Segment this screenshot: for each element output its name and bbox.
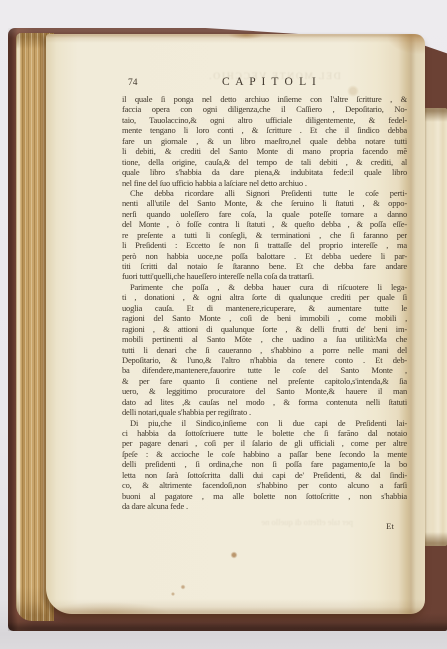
text-line: tione, della origine, cauſa,& del tempo … (122, 157, 407, 167)
catchword-row: Et (122, 516, 407, 534)
text-line: uero, & leggitimo procuratore del Santo … (122, 386, 407, 396)
text-line: Di piu,che il Sindico,inſieme con li due… (122, 418, 407, 428)
text-line: nerſi quando uoleſſero fare coſa, la qua… (122, 209, 407, 219)
running-title: C A P I T O L I (222, 76, 317, 88)
text-line: titi ſcritti dal notaio ſe ſtaranno bene… (122, 261, 407, 271)
text-line: ci habbia da ſottoſcriuere tutte le bole… (122, 428, 407, 438)
text-line: il quale ſi ponga nel detto archiuo inſi… (122, 94, 407, 104)
text-line: li Preſidenti : Eccetto ſe non ſi tratta… (122, 240, 407, 250)
text-line: quale libro s'habbia da dare piena,& ind… (122, 167, 407, 177)
text-line: Depoſitario, & l'uno,& l'altro n'habbia … (122, 355, 407, 365)
text-line: però non habbia uoce,ne poſſa balottare … (122, 251, 407, 261)
text-line: dato ad lites ,& cauſas nel modo , & for… (122, 397, 407, 407)
book: DEL MONTE VECCHIO. 74 C A P I T O L I il… (8, 28, 447, 631)
photo-backdrop: DEL MONTE VECCHIO. 74 C A P I T O L I il… (0, 0, 447, 649)
text-line: buoni al pagatore , ma alle bolette non … (122, 491, 407, 501)
catchword: Et (386, 521, 407, 531)
text-line: mobili pertinenti al Santo Mōte , che ua… (122, 334, 407, 344)
book-page: DEL MONTE VECCHIO. 74 C A P I T O L I il… (46, 34, 425, 614)
text-line: delli notari,quale s'habbia per regiſtra… (122, 407, 407, 417)
text-line: nenti all'utile del Santo Monte, & che ſ… (122, 198, 407, 208)
text-line: ragioni , & attioni di qualunque ſorte ,… (122, 324, 407, 334)
text-line: Parimente che poſſa , & debba hauer cura… (122, 282, 407, 292)
text-line: li debiti, & crediti del Santo Monte di … (122, 146, 407, 156)
text-line: del Monte , ò foſſe contra li ſtatuti , … (122, 219, 407, 229)
text-line: uoglia cauſa. Et di mantenere,ricuperare… (122, 303, 407, 313)
text-block: il quale ſi ponga nel detto archiuo inſi… (122, 94, 407, 512)
text-line: fuori tutti'quelli,che haueſſero intereſ… (122, 271, 407, 281)
facing-page-edge (424, 108, 447, 546)
text-line: per pagare denari , coſi per il ſalario … (122, 438, 407, 448)
text-line: & per fare quanto ſi contiene nel preſen… (122, 376, 407, 386)
text-line: taio, Tauolaccino,& ogni altro ufficiale… (122, 115, 407, 125)
text-line: ba difendere,mantenere,fauorire tutte le… (122, 365, 407, 375)
text-line: da dare alcuna fede . (122, 501, 407, 511)
text-line: co, & altrimente facendoſi,non s'habbino… (122, 480, 407, 490)
text-line: re preſente a tutti li conſegli, & termi… (122, 230, 407, 240)
text-line: letta non ſarà ſottoſcritta dalli dui ca… (122, 470, 407, 480)
text-line: mente tengano li loro conti , & ſcrittur… (122, 125, 407, 135)
text-line: tutti li denari che ſi caueranno , s'hab… (122, 345, 407, 355)
text-line: delli preſidenti , ſi ordina,che non ſi … (122, 459, 407, 469)
text-line: Che debba ricordare alli Signori Preſide… (122, 188, 407, 198)
text-line: ti , donationi , & ogni altra ſorte di q… (122, 292, 407, 302)
text-line: faccia opera con ogni diligenza,che il C… (122, 104, 407, 114)
text-line: nel fine del ſuo ufficio habbia a laſcia… (122, 178, 407, 188)
page-number: 74 (128, 78, 138, 88)
text-line: ſpeſe : & accioche le coſe habbino a paſ… (122, 449, 407, 459)
text-line: ragioni del Santo Monte , coſi de beni i… (122, 313, 407, 323)
text-line: fare un giornale , & un libro maeſtro,ne… (122, 136, 407, 146)
